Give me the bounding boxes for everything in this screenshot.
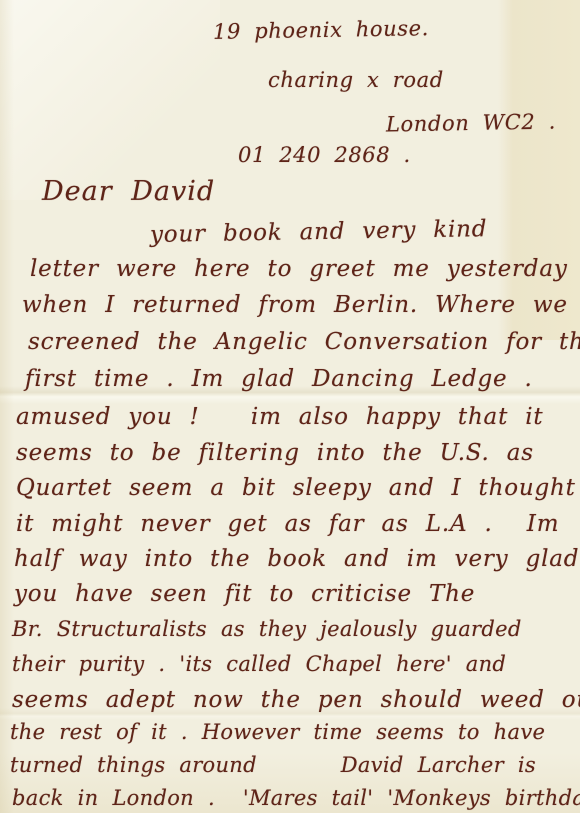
handwritten-line: seems to be filtering into the U.S. as xyxy=(16,442,534,465)
letter-page: 19 phoenix house. charing x road London … xyxy=(0,0,580,813)
handwritten-line: turned things around David Larcher is xyxy=(10,755,536,776)
handwritten-line: Br. Structuralists as they jealously gua… xyxy=(12,619,522,640)
handwritten-line: Quartet seem a bit sleepy and I thought xyxy=(16,477,576,500)
handwritten-line: first time . Im glad Dancing Ledge . xyxy=(25,368,533,391)
handwritten-line: seems adept now the pen should weed out xyxy=(12,689,580,712)
sender-phone-number: 01 240 2868 . xyxy=(238,145,411,166)
sender-address-line-3: London WC2 . xyxy=(386,112,556,136)
handwritten-line: it might never get as far as L.A . Im xyxy=(16,513,559,536)
vertical-fold-shading xyxy=(498,0,580,340)
handwritten-line: letter were here to greet me yesterday xyxy=(30,258,568,281)
salutation: Dear David xyxy=(42,178,215,205)
handwritten-line: your book and very kind xyxy=(150,218,488,247)
sender-address-line-2: charing x road xyxy=(268,70,444,91)
handwritten-line: amused you ! im also happy that it xyxy=(16,406,543,429)
handwritten-line: you have seen fit to criticise The xyxy=(14,583,475,606)
handwritten-line: their purity . 'its called Chapel here' … xyxy=(12,654,506,675)
handwritten-line: when I returned from Berlin. Where we xyxy=(22,294,568,317)
sender-address-line-1: 19 phoenix house. xyxy=(213,18,429,43)
handwritten-line: back in London . 'Mares tail' 'Monkeys b… xyxy=(12,788,580,809)
handwritten-line: half way into the book and im very glad xyxy=(14,548,579,571)
paper-highlight-topleft xyxy=(0,0,220,200)
handwritten-line: the rest of it . However time seems to h… xyxy=(10,722,545,743)
handwritten-line: screened the Angelic Conversation for th… xyxy=(28,331,580,354)
